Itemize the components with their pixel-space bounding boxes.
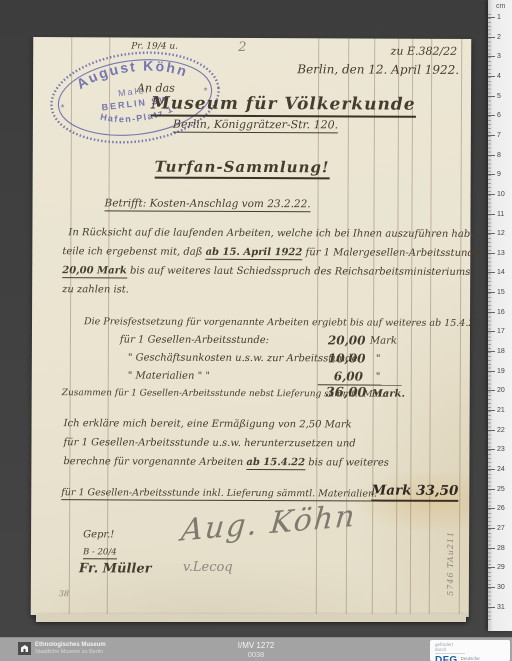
- recipient-title: Museum für Völkerkunde: [151, 94, 416, 118]
- ruler-cm-mark: 13: [488, 250, 512, 258]
- file-reference: zu E.382/22: [391, 45, 458, 58]
- viewer-footer: Ethnologisches Museum Staatliche Museen …: [0, 637, 512, 661]
- received-note: Pr. 19/4 u.: [131, 41, 178, 51]
- date-line: Berlin, den 12. April 1922.: [297, 62, 459, 77]
- body-line: 20,00 Mark bis auf weiteres laut Schieds…: [62, 265, 470, 278]
- body-text: für 1 Malergesellen-Arbeitsstunde: [306, 247, 480, 259]
- body-text: bis auf weiteres: [308, 457, 389, 468]
- ruler-cm-mark: 24: [488, 466, 512, 474]
- ruler-cm-mark: 6: [488, 112, 512, 120]
- price-row-amount: 10,00: [328, 351, 366, 365]
- total-amount: 36,00: [326, 385, 367, 400]
- ruler-cm-mark: 20: [488, 387, 512, 395]
- total-unit: Mark.: [372, 389, 405, 400]
- clerk-signature: Fr. Müller: [79, 561, 152, 576]
- dfg-org-name: Deutsche Forschungsgemeinschaft: [461, 656, 511, 661]
- body-text: bis auf weiteres laut Schiedsspruch des …: [130, 265, 470, 277]
- rate-amount: 20,00 Mark: [62, 265, 127, 278]
- body-text: berechne für vorgenannte Arbeiten: [63, 456, 243, 468]
- body-line: zu zahlen ist.: [62, 284, 129, 295]
- ruler-cm-mark: 16: [488, 309, 512, 317]
- second-signature: v.Lecoq: [183, 560, 233, 575]
- effective-date: ab 15.4.22: [246, 457, 305, 470]
- final-offer-label: für 1 Gesellen-Arbeitsstunde inkl. Liefe…: [61, 487, 377, 501]
- dfg-logo: gefördert durch DFG Deutsche Forschungsg…: [430, 640, 510, 661]
- subject-re-line: Betrifft: Kosten-Anschlag vom 23.2.22.: [105, 197, 311, 212]
- body-line: In Rücksicht auf die laufenden Arbeiten,…: [68, 227, 479, 240]
- ruler-cm-mark: 21: [488, 407, 512, 415]
- ruler: cm 1234567891011121314151617181920212223…: [488, 0, 512, 631]
- ruler-cm-mark: 4: [488, 73, 512, 81]
- ruler-cm-mark: 10: [488, 191, 512, 199]
- inventory-margin-note: 5746 TAu211: [446, 486, 455, 596]
- subject-heading: Turfan-Sammlung!: [155, 158, 330, 180]
- body-line: teile ich ergebenst mit, daß ab 15. Apri…: [62, 246, 480, 259]
- ruler-cm-mark: 7: [488, 132, 512, 140]
- paper-under-sheet: [36, 614, 466, 622]
- ruler-cm-mark: 8: [488, 152, 512, 160]
- ruler-cm-mark: 15: [488, 289, 512, 297]
- ruler-cm-mark: 9: [488, 171, 512, 179]
- ruler-cm-mark: 5: [488, 93, 512, 101]
- check-date: B - 20/4: [83, 547, 117, 559]
- ruler-cm-mark: 1: [488, 14, 512, 22]
- ruler-cm-mark: 23: [488, 446, 512, 454]
- price-row-label: für 1 Gesellen-Arbeitsstunde:: [120, 334, 269, 346]
- price-row-unit: ": [376, 372, 381, 383]
- ruler-cm-mark: 14: [488, 269, 512, 277]
- scan-viewer: August Köhn Maler BERLIN SW Hafen-Platz …: [0, 0, 512, 661]
- price-row-unit: Mark: [370, 336, 397, 347]
- ruler-cm-mark: 17: [488, 328, 512, 336]
- body-line: Ich erkläre mich bereit, eine Ermäßigung…: [64, 418, 352, 430]
- price-row-unit: ": [376, 354, 381, 365]
- body-line: berechne für vorgenannte Arbeiten ab 15.…: [63, 456, 389, 468]
- recipient-subtitle: Berlin, Königgrätzer-Str. 120.: [173, 118, 338, 134]
- ruler-cm-mark: 29: [488, 564, 512, 572]
- ruler-cm-mark: 30: [488, 584, 512, 592]
- corner-number: 38: [59, 589, 69, 598]
- ruler-cm-mark: 22: [488, 427, 512, 435]
- ruler-cm-mark: 28: [488, 545, 512, 553]
- price-row-amount: 20,00: [328, 333, 366, 347]
- ruler-cm-mark: 27: [488, 525, 512, 533]
- price-row-label: " Materialien " ": [128, 370, 210, 381]
- ruler-cm-mark: 19: [488, 368, 512, 376]
- ruler-cm-mark: 12: [488, 230, 512, 238]
- ruler-cm-mark: 3: [488, 53, 512, 61]
- price-row-amount: 6,00: [334, 369, 363, 383]
- ruler-cm-mark: 18: [488, 348, 512, 356]
- funded-by-label: gefördert durch: [435, 642, 465, 654]
- scanned-document: August Köhn Maler BERLIN SW Hafen-Platz …: [31, 37, 472, 617]
- ruler-cm-mark: 25: [488, 486, 512, 494]
- ruler-cm-mark: 2: [488, 34, 512, 42]
- ruler-unit-label: cm: [496, 3, 505, 10]
- stamp-star-icon: *: [60, 103, 65, 114]
- body-text: teile ich ergebenst mit, daß: [62, 246, 202, 258]
- price-row-label: " Geschäftsunkosten u.s.w. zur Arbeitsst…: [128, 352, 361, 364]
- checked-note: Gepr.!: [83, 529, 114, 540]
- body-line: für 1 Gesellen-Arbeitsstunde u.s.w. heru…: [63, 437, 355, 449]
- page-number-pencil: 2: [238, 40, 246, 55]
- ruler-cm-mark: 11: [488, 211, 512, 219]
- main-signature: Aug. Köhn: [180, 499, 358, 549]
- ruler-cm-mark: 31: [488, 604, 512, 612]
- effective-date: ab 15. April 1922: [206, 247, 303, 260]
- price-intro: Die Preisfestsetzung für vorgenannte Arb…: [84, 316, 481, 329]
- ruler-cm-mark: 26: [488, 505, 512, 513]
- dfg-wordmark: DFG: [435, 655, 458, 661]
